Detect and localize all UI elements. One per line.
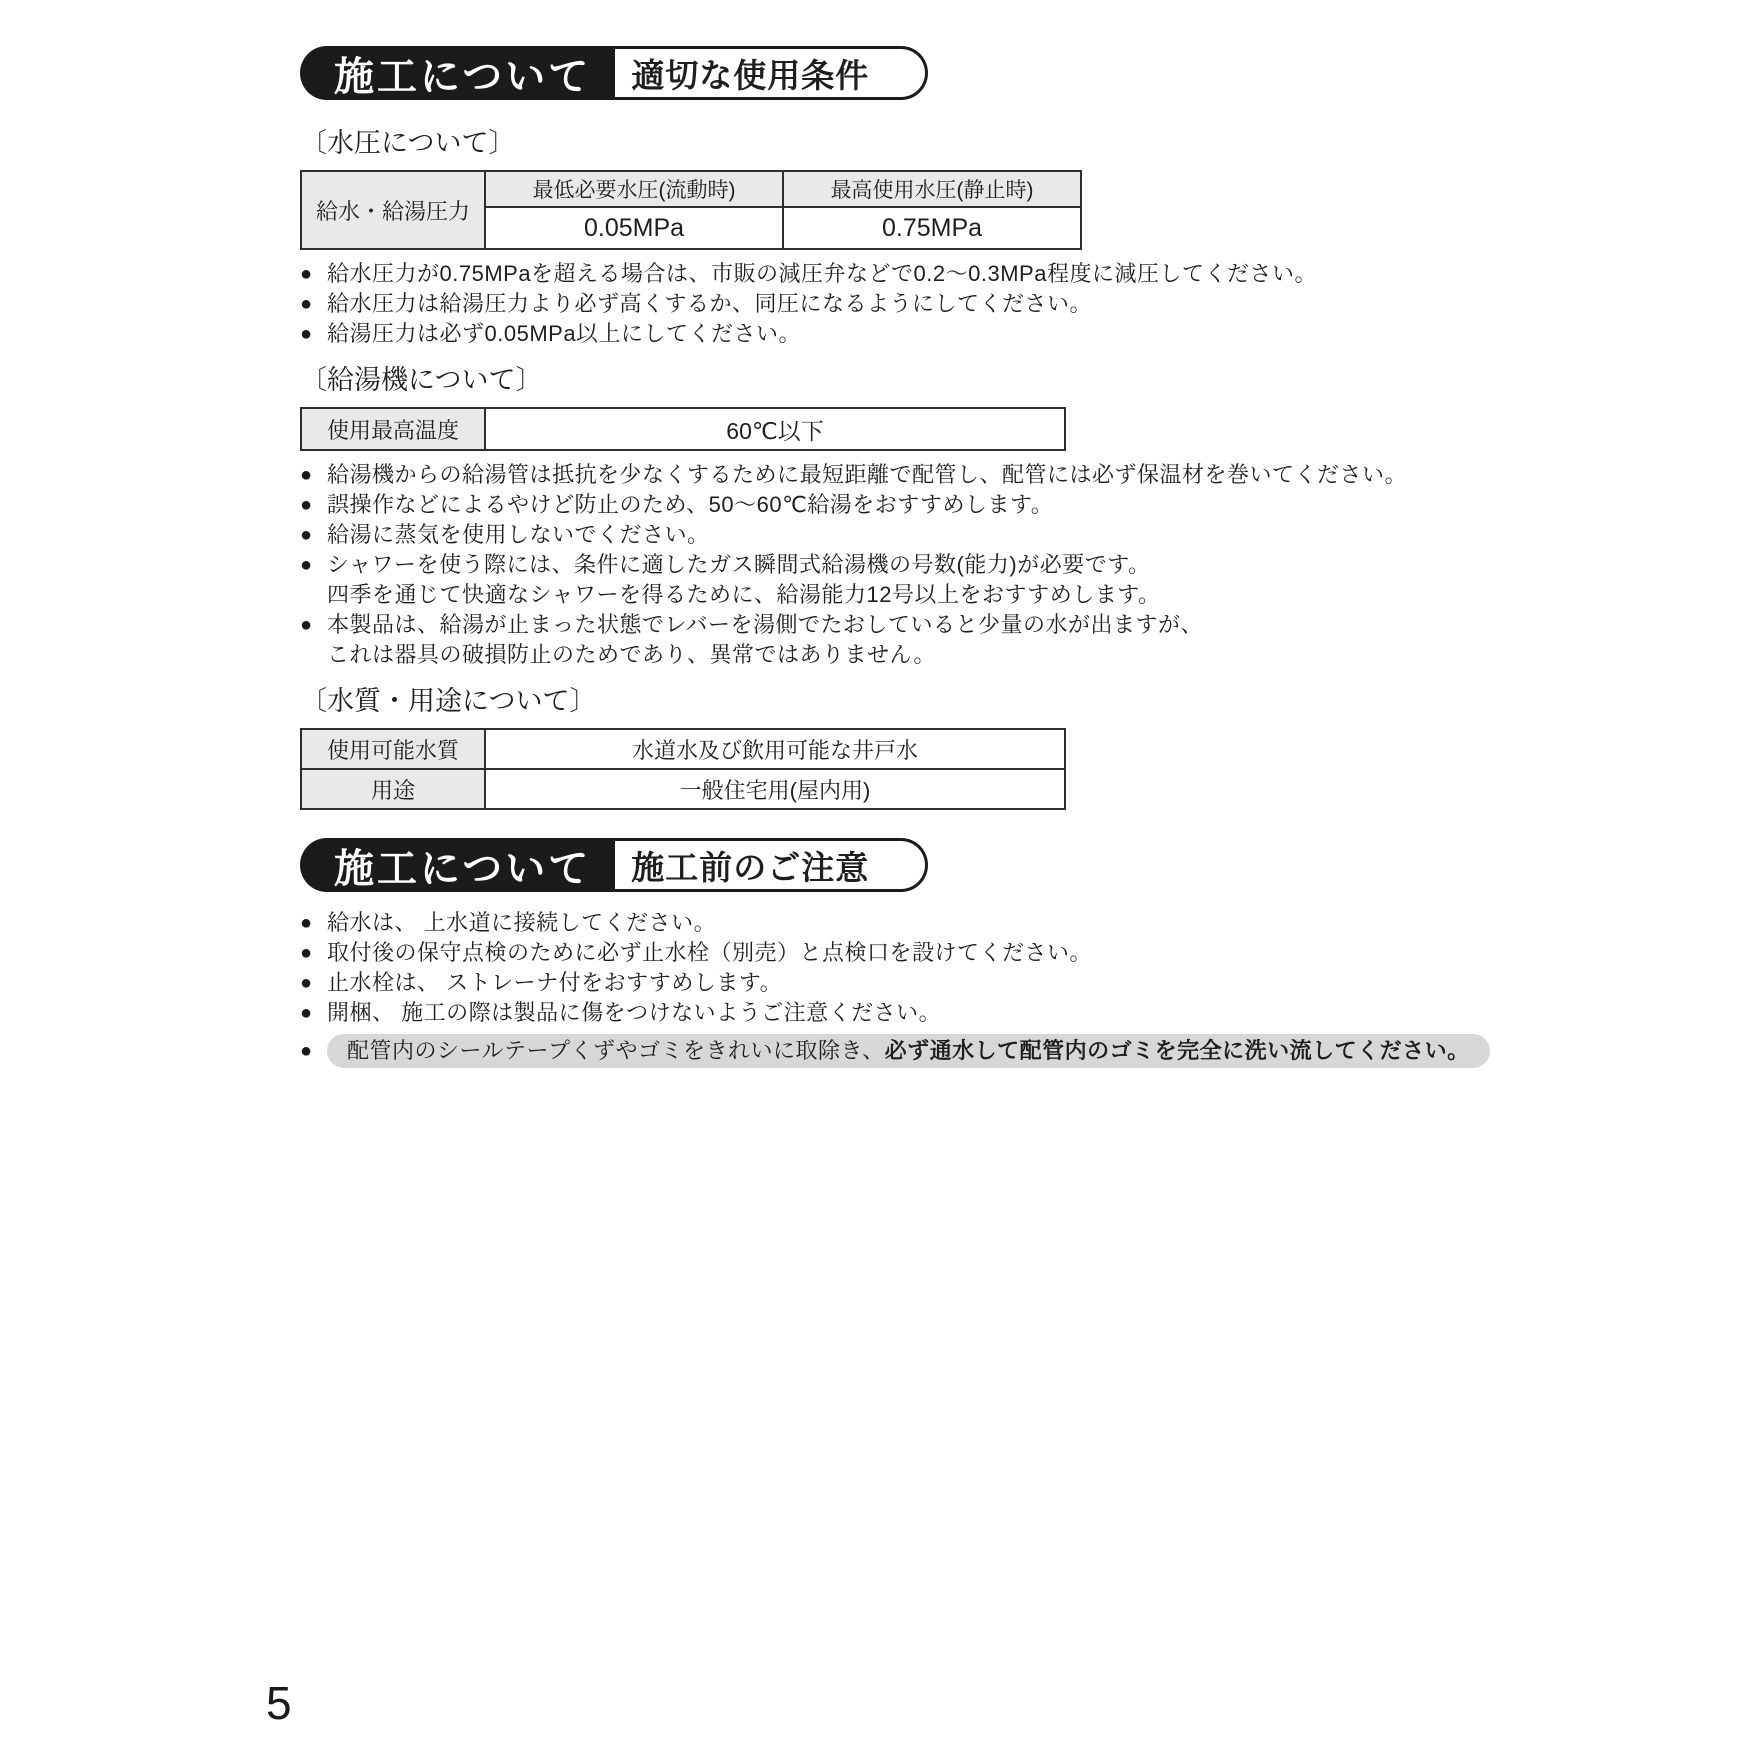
note-item: ● 給水圧力は給湯圧力より必ず高くするか、同圧になるようにしてください。 (300, 289, 1610, 319)
heading-water-pressure: 〔水圧について〕 (300, 128, 1610, 158)
note-item: ● 本製品は、給湯が止まった状態でレバーを湯側でたおしていると少量の水が出ますが… (300, 610, 1610, 670)
note-item: ● シャワーを使う際には、条件に適したガス瞬間式給湯機の号数(能力)が必要です。… (300, 550, 1610, 610)
bullet-icon: ● (300, 1034, 327, 1068)
heading-water-heater: 〔給湯機について〕 (300, 365, 1610, 395)
water-heater-table: 使用最高温度 60℃以下 (300, 407, 1066, 451)
table-row: 使用可能水質 水道水及び飲用可能な井戸水 (301, 729, 1065, 769)
usable-water-label: 使用可能水質 (301, 729, 485, 769)
table-row: 用途 一般住宅用(屋内用) (301, 769, 1065, 809)
note-text: 誤操作などによるやけど防止のため、50〜60℃給湯をおすすめします。 (327, 490, 1053, 520)
max-temp-label: 使用最高温度 (301, 408, 485, 450)
precaution-notes: ● 給水は、 上水道に接続してください。 ● 取付後の保守点検のために必ず止水栓… (300, 908, 1610, 1028)
bullet-icon: ● (300, 289, 327, 319)
bullet-icon: ● (300, 550, 327, 580)
note-text: 給湯に蒸気を使用しないでください。 (327, 520, 710, 550)
note-text: 開梱、 施工の際は製品に傷をつけないようご注意ください。 (327, 998, 941, 1028)
water-pressure-notes: ● 給水圧力が0.75MPaを超える場合は、市販の減圧弁などで0.2〜0.3MP… (300, 259, 1610, 349)
water-pressure-table: 給水・給湯圧力 最低必要水圧(流動時) 最高使用水圧(静止時) 0.05MPa … (300, 170, 1082, 250)
max-temp-value: 60℃以下 (485, 408, 1065, 450)
highlight-pill: 配管内のシールテープくずやゴミをきれいに取除き、必ず通水して配管内のゴミを完全に… (327, 1034, 1490, 1068)
section-header-main-label: 施工について (300, 46, 615, 100)
bullet-icon: ● (300, 319, 327, 349)
bullet-icon: ● (300, 908, 327, 938)
water-heater-notes: ● 給湯機からの給湯管は抵抗を少なくするために最短距離で配管し、配管には必ず保温… (300, 460, 1610, 670)
bullet-icon: ● (300, 610, 327, 640)
table-row: 給水・給湯圧力 最低必要水圧(流動時) 最高使用水圧(静止時) (301, 171, 1081, 207)
section-header-sub-label: 施工前のご注意 (615, 838, 928, 892)
bullet-icon: ● (300, 520, 327, 550)
note-text: 本製品は、給湯が止まった状態でレバーを湯側でたおしていると少量の水が出ますが、 … (327, 610, 1203, 670)
section-header-precautions: 施工について 施工前のご注意 (300, 838, 928, 892)
note-text: 給水圧力は給湯圧力より必ず高くするか、同圧になるようにしてください。 (327, 289, 1092, 319)
table-row: 使用最高温度 60℃以下 (301, 408, 1065, 450)
bullet-icon: ● (300, 998, 327, 1028)
note-item: ● 給湯に蒸気を使用しないでください。 (300, 520, 1610, 550)
heading-water-quality: 〔水質・用途について〕 (300, 686, 1610, 716)
section-precautions-wrap: 施工について 施工前のご注意 (300, 838, 1610, 892)
note-item: ● 給水圧力が0.75MPaを超える場合は、市販の減圧弁などで0.2〜0.3MP… (300, 259, 1610, 289)
note-item: ● 開梱、 施工の際は製品に傷をつけないようご注意ください。 (300, 998, 1610, 1028)
max-pressure-header: 最高使用水圧(静止時) (783, 171, 1081, 207)
max-pressure-value: 0.75MPa (783, 207, 1081, 249)
bullet-icon: ● (300, 460, 327, 490)
note-item: ● 給湯機からの給湯管は抵抗を少なくするために最短距離で配管し、配管には必ず保温… (300, 460, 1610, 490)
note-text: シャワーを使う際には、条件に適したガス瞬間式給湯機の号数(能力)が必要です。 四… (327, 550, 1161, 610)
section-header-main-label: 施工について (300, 838, 615, 892)
page-number: 5 (266, 1680, 292, 1726)
note-item: ● 給湯圧力は必ず0.05MPa以上にしてください。 (300, 319, 1610, 349)
highlighted-note: ● 配管内のシールテープくずやゴミをきれいに取除き、必ず通水して配管内のゴミを完… (300, 1034, 1610, 1068)
min-pressure-value: 0.05MPa (485, 207, 783, 249)
water-pressure-row-label: 給水・給湯圧力 (301, 171, 485, 249)
bullet-icon: ● (300, 259, 327, 289)
note-item: ● 給水は、 上水道に接続してください。 (300, 908, 1610, 938)
note-item: ● 止水栓は、 ストレーナ付をおすすめします。 (300, 968, 1610, 998)
bullet-icon: ● (300, 938, 327, 968)
section-header-sub-label: 適切な使用条件 (615, 46, 928, 100)
note-text: 止水栓は、 ストレーナ付をおすすめします。 (327, 968, 782, 998)
note-item: ● 誤操作などによるやけど防止のため、50〜60℃給湯をおすすめします。 (300, 490, 1610, 520)
note-text: 給水圧力が0.75MPaを超える場合は、市販の減圧弁などで0.2〜0.3MPa程… (327, 259, 1317, 289)
application-value: 一般住宅用(屋内用) (485, 769, 1065, 809)
note-text: 給湯圧力は必ず0.05MPa以上にしてください。 (327, 319, 801, 349)
note-text: 給水は、 上水道に接続してください。 (327, 908, 716, 938)
bullet-icon: ● (300, 490, 327, 520)
note-text: 取付後の保守点検のために必ず止水栓（別売）と点検口を設けてください。 (327, 938, 1092, 968)
page-content: 施工について 適切な使用条件 〔水圧について〕 給水・給湯圧力 最低必要水圧(流… (300, 46, 1610, 1068)
application-label: 用途 (301, 769, 485, 809)
bullet-icon: ● (300, 968, 327, 998)
manual-page: { "icons": { "bullet": "●" }, "colors": … (0, 0, 1754, 1754)
water-quality-table: 使用可能水質 水道水及び飲用可能な井戸水 用途 一般住宅用(屋内用) (300, 728, 1066, 810)
highlight-text-bold: 必ず通水して配管内のゴミを完全に洗い流してください。 (885, 1038, 1470, 1063)
note-item: ● 取付後の保守点検のために必ず止水栓（別売）と点検口を設けてください。 (300, 938, 1610, 968)
section-header-usage: 施工について 適切な使用条件 (300, 46, 928, 100)
highlight-text-normal: 配管内のシールテープくずやゴミをきれいに取除き、 (347, 1038, 885, 1063)
min-pressure-header: 最低必要水圧(流動時) (485, 171, 783, 207)
usable-water-value: 水道水及び飲用可能な井戸水 (485, 729, 1065, 769)
note-text: 給湯機からの給湯管は抵抗を少なくするために最短距離で配管し、配管には必ず保温材を… (327, 460, 1407, 490)
